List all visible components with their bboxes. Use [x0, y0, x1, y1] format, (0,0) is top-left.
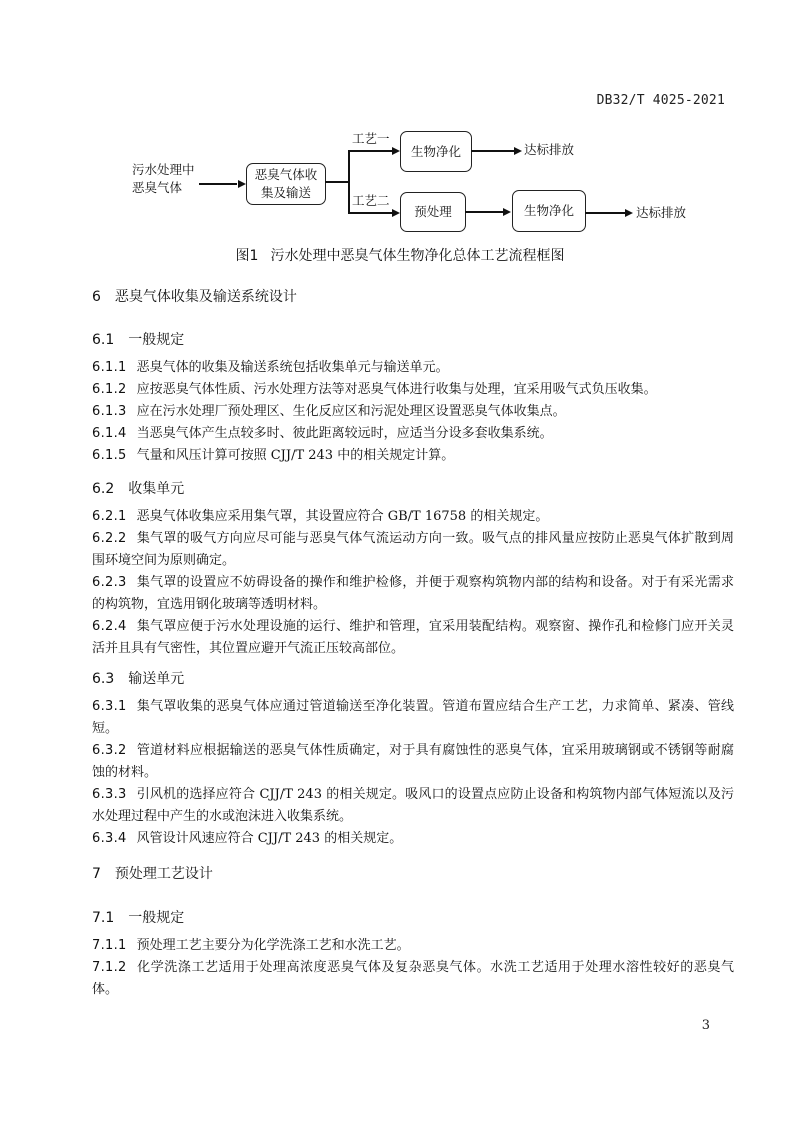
bio1-to-output-line [471, 150, 514, 152]
section-heading-6-3: 6.3输送单元 [92, 668, 184, 688]
arrow-source-to-collect [199, 183, 237, 185]
output-label-2: 达标排放 [636, 204, 686, 222]
clause-6-1-4: 6.1.4当恶臭气体产生点较多时、彼此距离较远时，应适当分设多套收集系统。 [92, 423, 734, 445]
clause-6-3-3: 6.3.3引风机的选择应符合 CJJ/T 243 的相关规定。吸风口的设置点应防… [92, 784, 734, 828]
section-heading-6-1: 6.1一般规定 [92, 329, 184, 349]
section-heading-7: 7预处理工艺设计 [92, 863, 213, 883]
section-heading-6: 6恶臭气体收集及输送系统设计 [92, 286, 297, 306]
branch2-line [348, 212, 392, 214]
clause-6-1-3: 6.1.3应在污水处理厂预处理区、生化反应区和污泥处理区设置恶臭气体收集点。 [92, 401, 734, 423]
figure-title: 污水处理中恶臭气体生物净化总体工艺流程框图 [270, 248, 564, 264]
branch-vertical-line [348, 150, 350, 213]
pretreatment-box: 预处理 [400, 192, 466, 232]
figure-number: 图1 [236, 248, 259, 264]
bio2-to-output-line [585, 212, 625, 214]
clause-6-3-4: 6.3.4风管设计风速应符合 CJJ/T 243 的相关规定。 [92, 828, 734, 850]
section-heading-7-1: 7.1一般规定 [92, 907, 184, 927]
collect-to-branch-line [325, 181, 349, 183]
process-flow-diagram: 污水处理中 恶臭气体 恶臭气体收 集及输送 工艺一 工艺二 生物净化 达标排放 … [0, 0, 800, 280]
clause-6-1-1: 6.1.1恶臭气体的收集及输送系统包括收集单元与输送单元。 [92, 357, 734, 379]
arrowhead-icon [392, 209, 400, 217]
clause-6-2-4: 6.2.4集气罩应便于污水处理设施的运行、维护和管理，宜采用装配结构。观察窗、操… [92, 616, 734, 660]
branch1-label: 工艺一 [352, 130, 390, 148]
bio-purification-box-1: 生物净化 [400, 131, 472, 172]
clause-7-1-2: 7.1.2化学洗涤工艺适用于处理高浓度恶臭气体及复杂恶臭气体。水洗工艺适用于处理… [92, 957, 734, 1001]
arrowhead-icon [514, 147, 522, 155]
page-number: 3 [702, 1018, 710, 1033]
clause-6-1-5: 6.1.5气量和风压计算可按照 CJJ/T 243 中的相关规定计算。 [92, 445, 734, 467]
figure-caption: 图1污水处理中恶臭气体生物净化总体工艺流程框图 [0, 245, 800, 265]
pretreat-to-bio-line [465, 211, 503, 213]
section-heading-6-2: 6.2收集单元 [92, 478, 184, 498]
arrowhead-icon [392, 147, 400, 155]
branch2-label: 工艺二 [352, 192, 390, 210]
clause-6-3-2: 6.3.2管道材料应根据输送的恶臭气体性质确定，对于具有腐蚀性的恶臭气体，宜采用… [92, 740, 734, 784]
source-label: 污水处理中 恶臭气体 [132, 161, 195, 197]
collect-transport-box: 恶臭气体收 集及输送 [246, 163, 326, 205]
bio-purification-box-2: 生物净化 [512, 190, 586, 232]
clause-6-2-1: 6.2.1恶臭气体收集应采用集气罩，其设置应符合 GB/T 16758 的相关规… [92, 506, 734, 528]
clause-7-1-1: 7.1.1预处理工艺主要分为化学洗涤工艺和水洗工艺。 [92, 935, 734, 957]
clause-6-1-2: 6.1.2应按恶臭气体性质、污水处理方法等对恶臭气体进行收集与处理，宜采用吸气式… [92, 379, 734, 401]
arrowhead-icon [625, 209, 633, 217]
clause-6-3-1: 6.3.1集气罩收集的恶臭气体应通过管道输送至净化装置。管道布置应结合生产工艺，… [92, 696, 734, 740]
arrowhead-icon [503, 208, 511, 216]
clause-6-2-3: 6.2.3集气罩的设置应不妨碍设备的操作和维护检修，并便于观察构筑物内部的结构和… [92, 572, 734, 616]
clause-6-2-2: 6.2.2集气罩的吸气方向应尽可能与恶臭气体气流运动方向一致。吸气点的排风量应按… [92, 528, 734, 572]
branch1-line [348, 150, 392, 152]
arrowhead-icon [238, 180, 246, 188]
output-label-1: 达标排放 [524, 141, 574, 159]
